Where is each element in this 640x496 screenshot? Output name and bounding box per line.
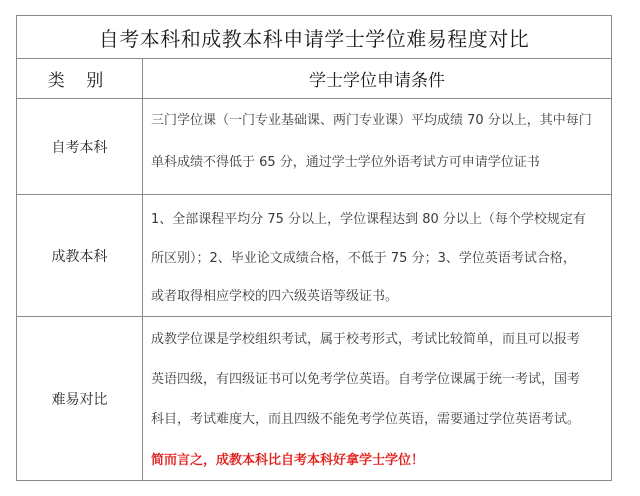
table-row-adult-education: 成教本科 1、全部课程平均分 75 分以上，学位课程达到 80 分以上（每个学校… <box>17 195 611 317</box>
table-row-self-study: 自考本科 三门学位课（一门专业基础课、两门专业课）平均成绩 70 分以上，其中每… <box>17 99 611 195</box>
comparison-table: 自考本科和成教本科申请学士学位难易程度对比 类 别 学士学位申请条件 自考本科 … <box>16 15 612 481</box>
row-label: 成教本科 <box>17 195 143 316</box>
conclusion-text: 简而言之，成教本科比自考本科好拿学士学位！ <box>151 453 424 469</box>
content-line: 所区别）；2、毕业论文成绩合格，不低于 75 分；3、学位英语考试合格， <box>151 251 576 267</box>
row-label: 自考本科 <box>17 99 143 194</box>
content-line: 1、全部课程平均分 75 分以上，学位课程达到 80 分以上（每个学校规定有 <box>151 212 586 228</box>
content-line: 或者取得相应学校的四六级英语等级证书。 <box>151 289 398 305</box>
row-content: 1、全部课程平均分 75 分以上，学位课程达到 80 分以上（每个学校规定有 所… <box>143 195 611 316</box>
header-conditions: 学士学位申请条件 <box>143 58 611 98</box>
content-line: 成教学位课是学校组织考试，属于校考形式，考试比较简单，而且可以报考 <box>151 332 580 348</box>
table-row-difficulty: 难易对比 成教学位课是学校组织考试，属于校考形式，考试比较简单，而且可以报考 英… <box>17 317 611 481</box>
content-line: 三门学位课（一门专业基础课、两门专业课）平均成绩 70 分以上，其中每门 <box>151 113 592 129</box>
content-line: 单科成绩不得低于 65 分，通过学士学位外语考试方可申请学位证书 <box>151 155 540 171</box>
row-content: 成教学位课是学校组织考试，属于校考形式，考试比较简单，而且可以报考 英语四级，有… <box>143 317 611 481</box>
header-category: 类 别 <box>17 58 143 98</box>
row-content: 三门学位课（一门专业基础课、两门专业课）平均成绩 70 分以上，其中每门 单科成… <box>143 99 611 194</box>
row-label: 难易对比 <box>17 317 143 481</box>
content-line: 科目，考试难度大，而且四级不能免考学位英语，需要通过学位英语考试。 <box>151 412 580 428</box>
content-line: 英语四级，有四级证书可以免考学位英语。自考学位课属于统一考试，国考 <box>151 372 580 388</box>
table-title: 自考本科和成教本科申请学士学位难易程度对比 <box>17 16 611 59</box>
header-row: 类 别 学士学位申请条件 <box>17 58 611 99</box>
